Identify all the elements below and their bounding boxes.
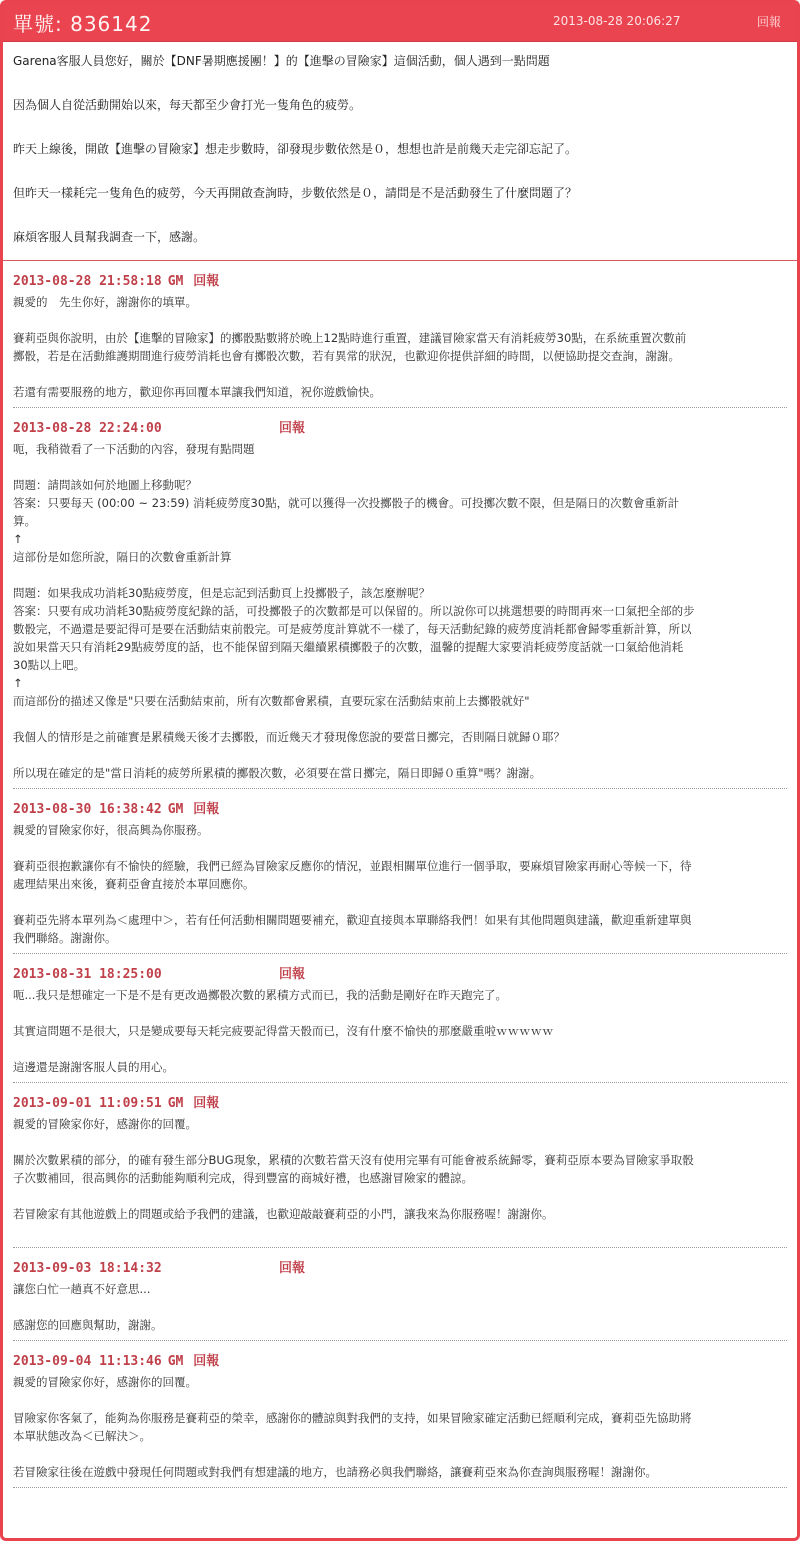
- reply-line: [13, 566, 787, 584]
- reply-line: 若冒險家往後在遊戲中發現任何問題或對我們有想建議的地方，也請務必與我們聯絡，讓賽…: [13, 1463, 787, 1481]
- header-reply-link[interactable]: 回報: [757, 13, 781, 30]
- gm-badge: GM: [168, 802, 184, 817]
- reply-item: 2013-09-04 11:13:46GM 回報親愛的冒險家你好，感謝你的回覆。…: [13, 1341, 787, 1488]
- reply-line: 處理結果出來後，賽莉亞會直接於本單回應你。: [13, 875, 787, 893]
- reply-line: [13, 893, 787, 911]
- reply-line: [13, 746, 787, 764]
- reply-line: [13, 458, 787, 476]
- gm-badge: GM: [168, 1096, 184, 1111]
- reply-item: 2013-08-28 22:24:00回報呃，我稍微看了一下活動的內容，發現有點…: [13, 408, 787, 789]
- reply-line: 其實這問題不是很大，只是變成要每天耗完疲要記得當天骰而已，沒有什麼不愉快的那麼嚴…: [13, 1022, 787, 1040]
- reply-link[interactable]: 回報: [193, 802, 219, 817]
- reply-time: 2013-09-01 11:09:51: [13, 1096, 162, 1111]
- reply-line: 呃，我稍微看了一下活動的內容，發現有點問題: [13, 440, 787, 458]
- reply-time: 2013-08-30 16:38:42: [13, 802, 162, 817]
- reply-list: 2013-08-28 21:58:18GM 回報親愛的 先生你好，謝謝你的填單。…: [3, 261, 797, 1488]
- reply-line: 問題：如果我成功消耗30點疲勞度，但是忘記到活動頁上投擲骰子，該怎麼辦呢？: [13, 584, 787, 602]
- question-paragraph: 昨天上線後，開啟【進擊の冒險家】想走步數時，卻發現步數依然是０，想想也許是前幾天…: [13, 138, 787, 160]
- reply-link[interactable]: 回報: [279, 418, 305, 440]
- reply-header: 2013-09-03 18:14:32回報: [13, 1258, 787, 1280]
- gm-badge: GM: [168, 274, 184, 289]
- reply-time: 2013-08-28 22:24:00: [13, 421, 162, 436]
- reply-header: 2013-08-28 21:58:18GM 回報: [13, 271, 787, 293]
- reply-header: 2013-09-01 11:09:51GM 回報: [13, 1093, 787, 1115]
- reply-time: 2013-08-28 21:58:18: [13, 274, 162, 289]
- reply-header: 2013-09-04 11:13:46GM 回報: [13, 1351, 787, 1373]
- reply-line: 若冒險家有其他遊戲上的問題或給予我們的建議，也歡迎敲敲賽莉亞的小門，讓我來為你服…: [13, 1205, 787, 1223]
- reply-body: 親愛的冒險家你好，感謝你的回覆。關於次數累積的部分，的確有發生部分BUG現象，累…: [13, 1115, 787, 1241]
- reply-line: [13, 311, 787, 329]
- reply-line: 子次數補回，很高興你的活動能夠順利完成，得到豐富的商城好禮，也感謝冒險家的體諒。: [13, 1169, 787, 1187]
- reply-time: 2013-08-31 18:25:00: [13, 967, 162, 982]
- reply-body: 親愛的 先生你好，謝謝你的填單。賽莉亞與你說明，由於【進擊的冒險家】的擲骰點數將…: [13, 293, 787, 401]
- reply-line: [13, 1391, 787, 1409]
- ticket-date: 2013-08-28 20:06:27: [553, 14, 680, 28]
- reply-line: [13, 365, 787, 383]
- reply-link[interactable]: 回報: [193, 1096, 219, 1111]
- reply-line: 賽莉亞與你說明，由於【進擊的冒險家】的擲骰點數將於晚上12點時進行重置，建議冒險…: [13, 329, 787, 347]
- question-paragraph: 麻煩客服人員幫我調查一下，感謝。: [13, 226, 787, 248]
- ticket-number: 單號: 836142: [13, 8, 152, 37]
- reply-line: [13, 839, 787, 857]
- reply-link[interactable]: 回報: [193, 274, 219, 289]
- reply-line: 答案：只要每天 (00:00 ~ 23:59) 消耗疲勞度30點，就可以獲得一次…: [13, 494, 787, 512]
- reply-line: 而這部份的描述又像是"只要在活動結束前，所有次數都會累積，直要玩家在活動結束前上…: [13, 692, 787, 710]
- reply-body: 呃，我稍微看了一下活動的內容，發現有點問題問題：請問該如何於地圖上移動呢？答案：…: [13, 440, 787, 782]
- reply-line: 賽莉亞先將本單列為＜處理中＞，若有任何活動相關問題要補充，歡迎直接與本單聯絡我們…: [13, 911, 787, 929]
- reply-line: 本單狀態改為＜已解決＞。: [13, 1427, 787, 1445]
- reply-body: 呃...我只是想確定一下是不是有更改過擲骰次數的累積方式而已，我的活動是剛好在昨…: [13, 986, 787, 1076]
- reply-line: 讓您白忙一趟真不好意思...: [13, 1280, 787, 1298]
- reply-line: [13, 1004, 787, 1022]
- reply-line: 親愛的冒險家你好，感謝你的回覆。: [13, 1373, 787, 1391]
- reply-item: 2013-09-01 11:09:51GM 回報親愛的冒險家你好，感謝你的回覆。…: [13, 1083, 787, 1248]
- reply-line: [13, 1223, 787, 1241]
- reply-line: 賽莉亞很抱歉讓你有不愉快的經驗，我們已經為冒險家反應你的情況，並跟相關單位進行一…: [13, 857, 787, 875]
- reply-line: 冒險家你客氣了，能夠為你服務是賽莉亞的榮幸，感謝你的體諒與對我們的支持，如果冒險…: [13, 1409, 787, 1427]
- reply-line: [13, 1040, 787, 1058]
- question-paragraph: 但昨天一樣耗完一隻角色的疲勞，今天再開啟查詢時，步數依然是０，請問是不是活動發生…: [13, 182, 787, 204]
- reply-line: 關於次數累積的部分，的確有發生部分BUG現象，累積的次數若當天沒有使用完畢有可能…: [13, 1151, 787, 1169]
- reply-body: 親愛的冒險家你好，感謝你的回覆。冒險家你客氣了，能夠為你服務是賽莉亞的榮幸，感謝…: [13, 1373, 787, 1481]
- reply-line: 親愛的 先生你好，謝謝你的填單。: [13, 293, 787, 311]
- reply-time: 2013-09-04 11:13:46: [13, 1354, 162, 1369]
- ticket-question: Garena客服人員您好，關於【DNF暑期應援團！】的【進擊の冒險家】這個活動，…: [3, 42, 797, 261]
- reply-item: 2013-08-31 18:25:00回報呃...我只是想確定一下是不是有更改過…: [13, 954, 787, 1083]
- reply-line: ↑: [13, 530, 787, 548]
- reply-item: 2013-09-03 18:14:32回報讓您白忙一趟真不好意思...感謝您的回…: [13, 1248, 787, 1341]
- reply-line: 這邊還是謝謝客服人員的用心。: [13, 1058, 787, 1076]
- reply-line: 親愛的冒險家你好，感謝你的回覆。: [13, 1115, 787, 1133]
- reply-item: 2013-08-28 21:58:18GM 回報親愛的 先生你好，謝謝你的填單。…: [13, 261, 787, 408]
- reply-header: 2013-08-31 18:25:00回報: [13, 964, 787, 986]
- reply-line: 數骰完，不過還是要記得可是要在活動結束前骰完。可是疲勞度計算就不一樣了，每天活動…: [13, 620, 787, 638]
- reply-line: 我們聯絡。謝謝你。: [13, 929, 787, 947]
- reply-link[interactable]: 回報: [193, 1354, 219, 1369]
- reply-line: 若還有需要服務的地方，歡迎你再回覆本單讓我們知道，祝你遊戲愉快。: [13, 383, 787, 401]
- reply-link[interactable]: 回報: [279, 964, 305, 986]
- reply-line: 答案：只要有成功消耗30點疲勞度紀錄的話，可投擲骰子的次數都是可以保留的。所以說…: [13, 602, 787, 620]
- ticket-header: 單號: 836142 2013-08-28 20:06:27 回報: [3, 3, 797, 42]
- reply-line: 我個人的情形是之前確實是累積幾天後才去擲骰，而近幾天才發現像您說的要當日擲完，否…: [13, 728, 787, 746]
- ticket-panel: 單號: 836142 2013-08-28 20:06:27 回報 Garena…: [0, 0, 800, 1541]
- reply-line: [13, 710, 787, 728]
- reply-line: 呃...我只是想確定一下是不是有更改過擲骰次數的累積方式而已，我的活動是剛好在昨…: [13, 986, 787, 1004]
- reply-line: [13, 1445, 787, 1463]
- gm-badge: GM: [168, 1354, 184, 1369]
- reply-item: 2013-08-30 16:38:42GM 回報親愛的冒險家你好，很高興為你服務…: [13, 789, 787, 954]
- reply-body: 讓您白忙一趟真不好意思...感謝您的回應與幫助，謝謝。: [13, 1280, 787, 1334]
- reply-header: 2013-08-28 22:24:00回報: [13, 418, 787, 440]
- reply-line: ↑: [13, 674, 787, 692]
- reply-line: [13, 1133, 787, 1151]
- reply-time: 2013-09-03 18:14:32: [13, 1261, 162, 1276]
- reply-line: 30點以上吧。: [13, 656, 787, 674]
- reply-line: 說如果當天只有消耗29點疲勞度的話，也不能保留到隔天繼續累積擲骰子的次數，溫馨的…: [13, 638, 787, 656]
- reply-line: 所以現在確定的是"當日消耗的疲勞所累積的擲骰次數，必須要在當日擲完，隔日即歸０重…: [13, 764, 787, 782]
- reply-line: 親愛的冒險家你好，很高興為你服務。: [13, 821, 787, 839]
- reply-link[interactable]: 回報: [279, 1258, 305, 1280]
- reply-line: [13, 1298, 787, 1316]
- reply-line: 感謝您的回應與幫助，謝謝。: [13, 1316, 787, 1334]
- reply-line: [13, 1187, 787, 1205]
- reply-line: 算。: [13, 512, 787, 530]
- reply-line: 問題：請問該如何於地圖上移動呢？: [13, 476, 787, 494]
- question-paragraph: 因為個人自從活動開始以來，每天都至少會打光一隻角色的疲勞。: [13, 94, 787, 116]
- reply-header: 2013-08-30 16:38:42GM 回報: [13, 799, 787, 821]
- reply-body: 親愛的冒險家你好，很高興為你服務。賽莉亞很抱歉讓你有不愉快的經驗，我們已經為冒險…: [13, 821, 787, 947]
- reply-line: 擲骰，若是在活動維護期間進行疲勞消耗也會有擲骰次數，若有異常的狀況，也歡迎你提供…: [13, 347, 787, 365]
- reply-line: 這部份是如您所說，隔日的次數會重新計算: [13, 548, 787, 566]
- question-paragraph: Garena客服人員您好，關於【DNF暑期應援團！】的【進擊の冒險家】這個活動，…: [13, 50, 787, 72]
